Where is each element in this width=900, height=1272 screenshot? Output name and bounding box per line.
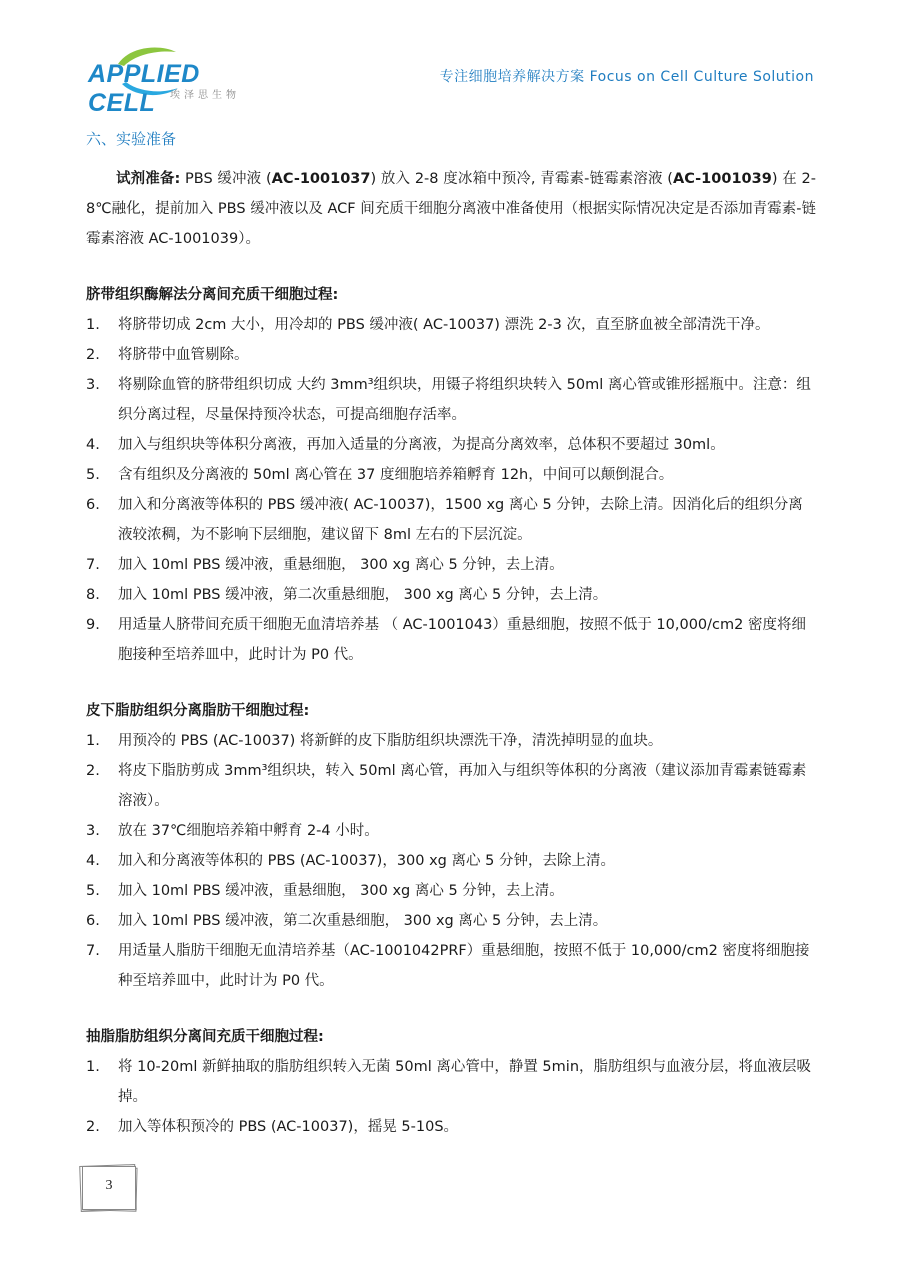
- step-item: 4.加入和分离液等体积的 PBS (AC-10037)，300 xg 离心 5 …: [86, 846, 816, 876]
- page-header: APPLIED CELL 埃泽思生物 专注细胞培养解决方案 Focus on C…: [0, 0, 900, 110]
- section-title: 六、实验准备: [86, 124, 816, 154]
- step-item: 3.将剔除血管的脐带组织切成 大约 3mm³组织块，用镊子将组织块转入 50ml…: [86, 370, 816, 430]
- step-item: 4.加入与组织块等体积分离液，再加入适量的分离液，为提高分离效率，总体积不要超过…: [86, 430, 816, 460]
- step-item: 1.用预冷的 PBS (AC-10037) 将新鲜的皮下脂肪组织块漂洗干净，清洗…: [86, 726, 816, 756]
- procedure-title: 皮下脂肪组织分离脂肪干细胞过程:: [86, 696, 816, 726]
- procedure-steps: 1.将 10-20ml 新鲜抽取的脂肪组织转入无菌 50ml 离心管中，静置 5…: [86, 1052, 816, 1142]
- document-body: 六、实验准备 试剂准备: PBS 缓冲液 (AC-1001037) 放入 2-8…: [86, 124, 816, 1142]
- page-number: 3: [82, 1178, 136, 1194]
- catalog-number: AC-1001039: [673, 171, 772, 187]
- procedure-title: 脐带组织酶解法分离间充质干细胞过程:: [86, 280, 816, 310]
- step-item: 2.将皮下脂肪剪成 3mm³组织块，转入 50ml 离心管，再加入与组织等体积的…: [86, 756, 816, 816]
- procedure-title: 抽脂脂肪组织分离间充质干细胞过程:: [86, 1022, 816, 1052]
- step-item: 3.放在 37℃细胞培养箱中孵育 2-4 小时。: [86, 816, 816, 846]
- reagent-paragraph: 试剂准备: PBS 缓冲液 (AC-1001037) 放入 2-8 度冰箱中预冷…: [86, 164, 816, 254]
- reagent-text: ) 放入 2-8 度冰箱中预冷, 青霉素-链霉素溶液 (: [370, 171, 673, 187]
- catalog-number: AC-1001037: [272, 171, 371, 187]
- step-item: 1.将脐带切成 2cm 大小，用冷却的 PBS 缓冲液( AC-10037) 漂…: [86, 310, 816, 340]
- step-item: 9.用适量人脐带间充质干细胞无血清培养基 （ AC-1001043）重悬细胞，按…: [86, 610, 816, 670]
- procedure-steps: 1.将脐带切成 2cm 大小，用冷却的 PBS 缓冲液( AC-10037) 漂…: [86, 310, 816, 670]
- logo-subtitle: 埃泽思生物: [170, 86, 240, 101]
- step-item: 5.加入 10ml PBS 缓冲液，重悬细胞， 300 xg 离心 5 分钟，去…: [86, 876, 816, 906]
- step-item: 7.用适量人脂肪干细胞无血清培养基（AC-1001042PRF）重悬细胞，按照不…: [86, 936, 816, 996]
- reagent-text: PBS 缓冲液 (: [180, 171, 271, 187]
- step-item: 2.将脐带中血管剔除。: [86, 340, 816, 370]
- step-item: 1.将 10-20ml 新鲜抽取的脂肪组织转入无菌 50ml 离心管中，静置 5…: [86, 1052, 816, 1112]
- step-item: 8.加入 10ml PBS 缓冲液，第二次重悬细胞， 300 xg 离心 5 分…: [86, 580, 816, 610]
- page-number-box: 3: [82, 1166, 136, 1210]
- company-logo: APPLIED CELL 埃泽思生物: [88, 42, 248, 100]
- step-item: 6.加入和分离液等体积的 PBS 缓冲液( AC-10037)，1500 xg …: [86, 490, 816, 550]
- procedure-steps: 1.用预冷的 PBS (AC-10037) 将新鲜的皮下脂肪组织块漂洗干净，清洗…: [86, 726, 816, 996]
- reagent-label: 试剂准备:: [116, 171, 180, 187]
- step-item: 5.含有组织及分离液的 50ml 离心管在 37 度细胞培养箱孵育 12h，中间…: [86, 460, 816, 490]
- step-item: 7.加入 10ml PBS 缓冲液，重悬细胞， 300 xg 离心 5 分钟，去…: [86, 550, 816, 580]
- step-item: 6.加入 10ml PBS 缓冲液，第二次重悬细胞， 300 xg 离心 5 分…: [86, 906, 816, 936]
- header-tagline: 专注细胞培养解决方案 Focus on Cell Culture Solutio…: [440, 66, 814, 86]
- step-item: 2.加入等体积预冷的 PBS (AC-10037)，摇晃 5-10S。: [86, 1112, 816, 1142]
